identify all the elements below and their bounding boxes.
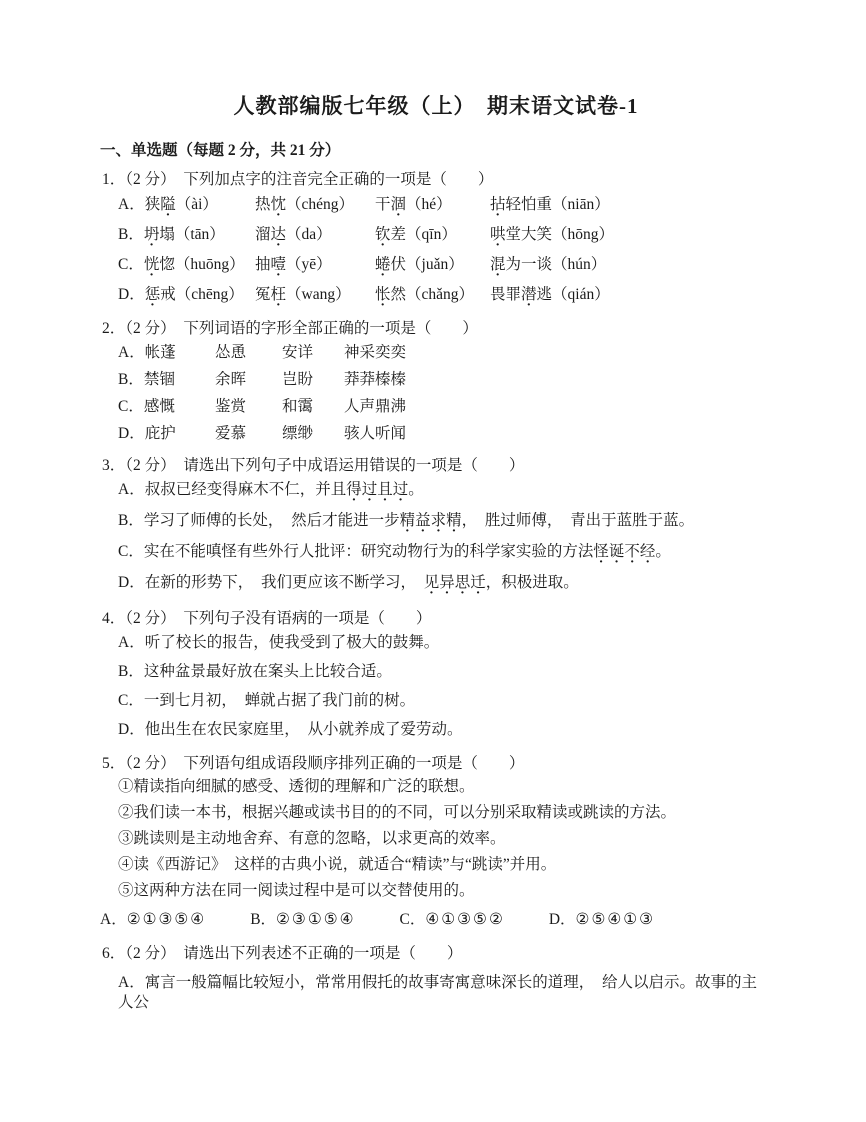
word-term: 帐蓬 — [145, 344, 176, 361]
option-row-a: A．叔叔已经变得麻木不仁，并且得过且过。 — [118, 476, 772, 507]
pinyin-term: 溜达（da） — [255, 225, 375, 244]
option-label: C． — [118, 692, 144, 709]
option-cell: D．惩戒（chēng） — [118, 285, 255, 304]
pinyin-term: 畏罪潜逃（qián） — [490, 285, 772, 304]
option-row-d: D．惩戒（chēng） 冤枉（wang） 怅然（chǎng） 畏罪潜逃（qián… — [118, 280, 772, 310]
sentence-item-2: ②我们读一本书，根据兴趣或读书目的的不同，可以分别采取精读或跳读的方法。 — [118, 800, 772, 826]
pinyin-term: 干涸（hé） — [375, 195, 490, 214]
question-stem: 1．（2 分） 下列加点字的注音完全正确的一项是（ ） — [102, 170, 772, 190]
word-term: 和霭 — [282, 397, 344, 416]
pinyin-term: 惩戒（chēng） — [145, 286, 244, 303]
question-stem: 6．（2 分） 请选出下列表述不正确的一项是（ ） — [102, 944, 772, 964]
answer-choices: A．②①③⑤④ B．②③①⑤④ C．④①③⑤② D．②⑤④①③ — [100, 910, 772, 930]
option-label: B． — [250, 911, 276, 928]
option-row-c: C．实在不能嗔怪有些外行人批评：研究动物行为的科学家实验的方法怪诞不经。 — [118, 538, 772, 569]
option-text: 在新的形势下， 我们更应该不断学习， 见异思迁，积极进取。 — [145, 574, 579, 591]
sentence-item-4: ④读《西游记》 这样的古典小说，就适合“精读”与“跳读”并用。 — [118, 852, 772, 878]
pinyin-term: 热忱（chéng） — [255, 195, 375, 214]
answer-choice-a: A．②①③⑤④ — [100, 910, 206, 930]
option-label: A． — [118, 481, 145, 498]
question-stem: 3．（2 分） 请选出下列句子中成语运用错误的一项是（ ） — [102, 456, 772, 476]
option-text: 他出生在农民家庭里， 从小就养成了爱劳动。 — [145, 721, 463, 738]
sentence-item-3: ③跳读则是主动地舍弃、有意的忽略，以求更高的效率。 — [118, 826, 772, 852]
option-text: 学习了师傅的长处， 然后才能进一步精益求精， 胜过师傅， 青出于蓝胜于蓝。 — [144, 512, 694, 529]
word-term: 感慨 — [144, 398, 175, 415]
question-options: A．狭隘（ài） 热忱（chéng） 干涸（hé） 拈轻怕重（niān） B．坍… — [118, 190, 772, 310]
option-label: C． — [400, 911, 426, 928]
option-label: D． — [118, 286, 145, 303]
option-cell: B．坍塌（tān） — [118, 225, 255, 244]
word-term: 鉴赏 — [215, 397, 282, 416]
question-3: 3．（2 分） 请选出下列句子中成语运用错误的一项是（ ） A．叔叔已经变得麻木… — [100, 456, 772, 600]
word-term: 余晖 — [215, 370, 282, 389]
pinyin-term: 恍惚（huōng） — [144, 256, 245, 273]
option-label: B． — [118, 663, 144, 680]
option-row-b: B．学习了师傅的长处， 然后才能进一步精益求精， 胜过师傅， 青出于蓝胜于蓝。 — [118, 507, 772, 538]
option-row-a: A．听了校长的报告，使我受到了极大的鼓舞。 — [118, 629, 772, 658]
answer-sequence: ②③①⑤④ — [276, 911, 355, 928]
pinyin-term: 混为一谈（hún） — [490, 255, 772, 274]
option-label: A． — [118, 634, 145, 651]
word-term: 禁锢 — [144, 371, 175, 388]
word-term: 缥缈 — [282, 424, 344, 443]
option-label: D． — [118, 425, 145, 442]
word-term: 莽莽榛榛 — [344, 370, 772, 389]
sentence-item-5: ⑤这两种方法在同一阅读过程中是可以交替使用的。 — [118, 878, 772, 904]
option-row-b: B．这种盆景最好放在案头上比较合适。 — [118, 658, 772, 687]
option-cell: D．庇护 — [118, 424, 215, 443]
question-stem: 4．（2 分） 下列句子没有语病的一项是（ ） — [102, 609, 772, 629]
option-row-d: D．在新的形势下， 我们更应该不断学习， 见异思迁，积极进取。 — [118, 569, 772, 600]
question-stem: 5．（2 分） 下列语句组成语段顺序排列正确的一项是（ ） — [102, 754, 772, 774]
word-term: 安详 — [282, 343, 344, 362]
word-term: 人声鼎沸 — [344, 397, 772, 416]
option-row-d: D．他出生在农民家庭里， 从小就养成了爱劳动。 — [118, 716, 772, 745]
option-row-c: C．感慨 鉴赏 和霭 人声鼎沸 — [118, 393, 772, 420]
option-row-d: D．庇护 爱慕 缥缈 骇人听闻 — [118, 420, 772, 447]
option-text: 这种盆景最好放在案头上比较合适。 — [144, 663, 392, 680]
option-cell: C．恍惚（huōng） — [118, 255, 255, 274]
pinyin-term: 蜷伏（juǎn） — [375, 255, 490, 274]
pinyin-term: 狭隘（ài） — [145, 196, 218, 213]
option-text: 叔叔已经变得麻木不仁，并且得过且过。 — [145, 481, 424, 498]
word-term: 爱慕 — [215, 424, 282, 443]
question-1: 1．（2 分） 下列加点字的注音完全正确的一项是（ ） A．狭隘（ài） 热忱（… — [100, 170, 772, 310]
option-text: 一到七月初， 蝉就占据了我门前的树。 — [144, 692, 415, 709]
answer-sequence: ②①③⑤④ — [127, 911, 206, 928]
option-label: A． — [118, 974, 145, 991]
option-label: D． — [118, 721, 145, 738]
question-sentences: ①精读指向细腻的感受、透彻的理解和广泛的联想。 ②我们读一本书，根据兴趣或读书目… — [118, 774, 772, 904]
option-row-c: C．恍惚（huōng） 抽噎（yē） 蜷伏（juǎn） 混为一谈（hún） — [118, 250, 772, 280]
question-5: 5．（2 分） 下列语句组成语段顺序排列正确的一项是（ ） ①精读指向细腻的感受… — [100, 754, 772, 930]
question-6: 6．（2 分） 请选出下列表述不正确的一项是（ ） A．寓言一般篇幅比较短小，常… — [100, 944, 772, 1018]
option-text: 寓言一般篇幅比较短小，常常用假托的故事寄寓意味深长的道理， 给人以启示。故事的主… — [118, 974, 757, 1011]
question-options: A．帐蓬 怂恿 安详 神采奕奕 B．禁锢 余晖 岂盼 莽莽榛榛 C．感慨 鉴赏 … — [118, 339, 772, 447]
page-content: 人教部编版七年级（上） 期末语文试卷-1 一、单选题（每题 2 分，共 21 分… — [0, 0, 866, 1018]
option-label: D． — [549, 911, 576, 928]
word-term: 骇人听闻 — [344, 424, 772, 443]
pinyin-term: 钦差（qīn） — [375, 225, 490, 244]
option-row-b: B．禁锢 余晖 岂盼 莽莽榛榛 — [118, 366, 772, 393]
pinyin-term: 抽噎（yē） — [255, 255, 375, 274]
option-label: A． — [118, 344, 145, 361]
question-options: A．听了校长的报告，使我受到了极大的鼓舞。 B．这种盆景最好放在案头上比较合适。… — [118, 629, 772, 745]
pinyin-term: 怅然（chǎng） — [375, 285, 490, 304]
option-cell: C．感慨 — [118, 397, 215, 416]
answer-choice-c: C．④①③⑤② — [400, 910, 505, 930]
option-row-a: A．狭隘（ài） 热忱（chéng） 干涸（hé） 拈轻怕重（niān） — [118, 190, 772, 220]
pinyin-term: 坍塌（tān） — [144, 226, 225, 243]
pinyin-term: 拈轻怕重（niān） — [490, 195, 772, 214]
option-cell: A．狭隘（ài） — [118, 195, 255, 214]
pinyin-term: 冤枉（wang） — [255, 285, 375, 304]
option-label: C． — [118, 398, 144, 415]
sentence-item-1: ①精读指向细腻的感受、透彻的理解和广泛的联想。 — [118, 774, 772, 800]
option-row-a: A．寓言一般篇幅比较短小，常常用假托的故事寄寓意味深长的道理， 给人以启示。故事… — [118, 969, 772, 1018]
option-row-a: A．帐蓬 怂恿 安详 神采奕奕 — [118, 339, 772, 366]
option-text: 实在不能嗔怪有些外行人批评：研究动物行为的科学家实验的方法怪诞不经。 — [144, 543, 671, 560]
option-label: B． — [118, 371, 144, 388]
exam-title: 人教部编版七年级（上） 期末语文试卷-1 — [100, 92, 772, 120]
answer-choice-b: B．②③①⑤④ — [250, 910, 355, 930]
pinyin-term: 哄堂大笑（hōng） — [490, 225, 772, 244]
option-label: C． — [118, 256, 144, 273]
option-label: B． — [118, 512, 144, 529]
section-heading: 一、单选题（每题 2 分，共 21 分） — [100, 141, 772, 161]
option-label: C． — [118, 543, 144, 560]
answer-choice-d: D．②⑤④①③ — [549, 910, 655, 930]
word-term: 庇护 — [145, 425, 176, 442]
option-row-c: C．一到七月初， 蝉就占据了我门前的树。 — [118, 687, 772, 716]
option-label: D． — [118, 574, 145, 591]
question-stem: 2．（2 分） 下列词语的字形全部正确的一项是（ ） — [102, 319, 772, 339]
answer-sequence: ④①③⑤② — [425, 911, 504, 928]
option-label: A． — [100, 911, 127, 928]
exam-page: 人教部编版七年级（上） 期末语文试卷-1 一、单选题（每题 2 分，共 21 分… — [0, 0, 866, 1122]
option-label: B． — [118, 226, 144, 243]
question-options: A．寓言一般篇幅比较短小，常常用假托的故事寄寓意味深长的道理， 给人以启示。故事… — [118, 969, 772, 1018]
option-label: A． — [118, 196, 145, 213]
option-cell: B．禁锢 — [118, 370, 215, 389]
word-term: 岂盼 — [282, 370, 344, 389]
word-term: 神采奕奕 — [344, 343, 772, 362]
question-options: A．叔叔已经变得麻木不仁，并且得过且过。 B．学习了师傅的长处， 然后才能进一步… — [118, 476, 772, 600]
answer-sequence: ②⑤④①③ — [576, 911, 655, 928]
word-term: 怂恿 — [215, 343, 282, 362]
question-2: 2．（2 分） 下列词语的字形全部正确的一项是（ ） A．帐蓬 怂恿 安详 神采… — [100, 319, 772, 447]
option-text: 听了校长的报告，使我受到了极大的鼓舞。 — [145, 634, 440, 651]
option-row-b: B．坍塌（tān） 溜达（da） 钦差（qīn） 哄堂大笑（hōng） — [118, 220, 772, 250]
option-cell: A．帐蓬 — [118, 343, 215, 362]
question-4: 4．（2 分） 下列句子没有语病的一项是（ ） A．听了校长的报告，使我受到了极… — [100, 609, 772, 745]
